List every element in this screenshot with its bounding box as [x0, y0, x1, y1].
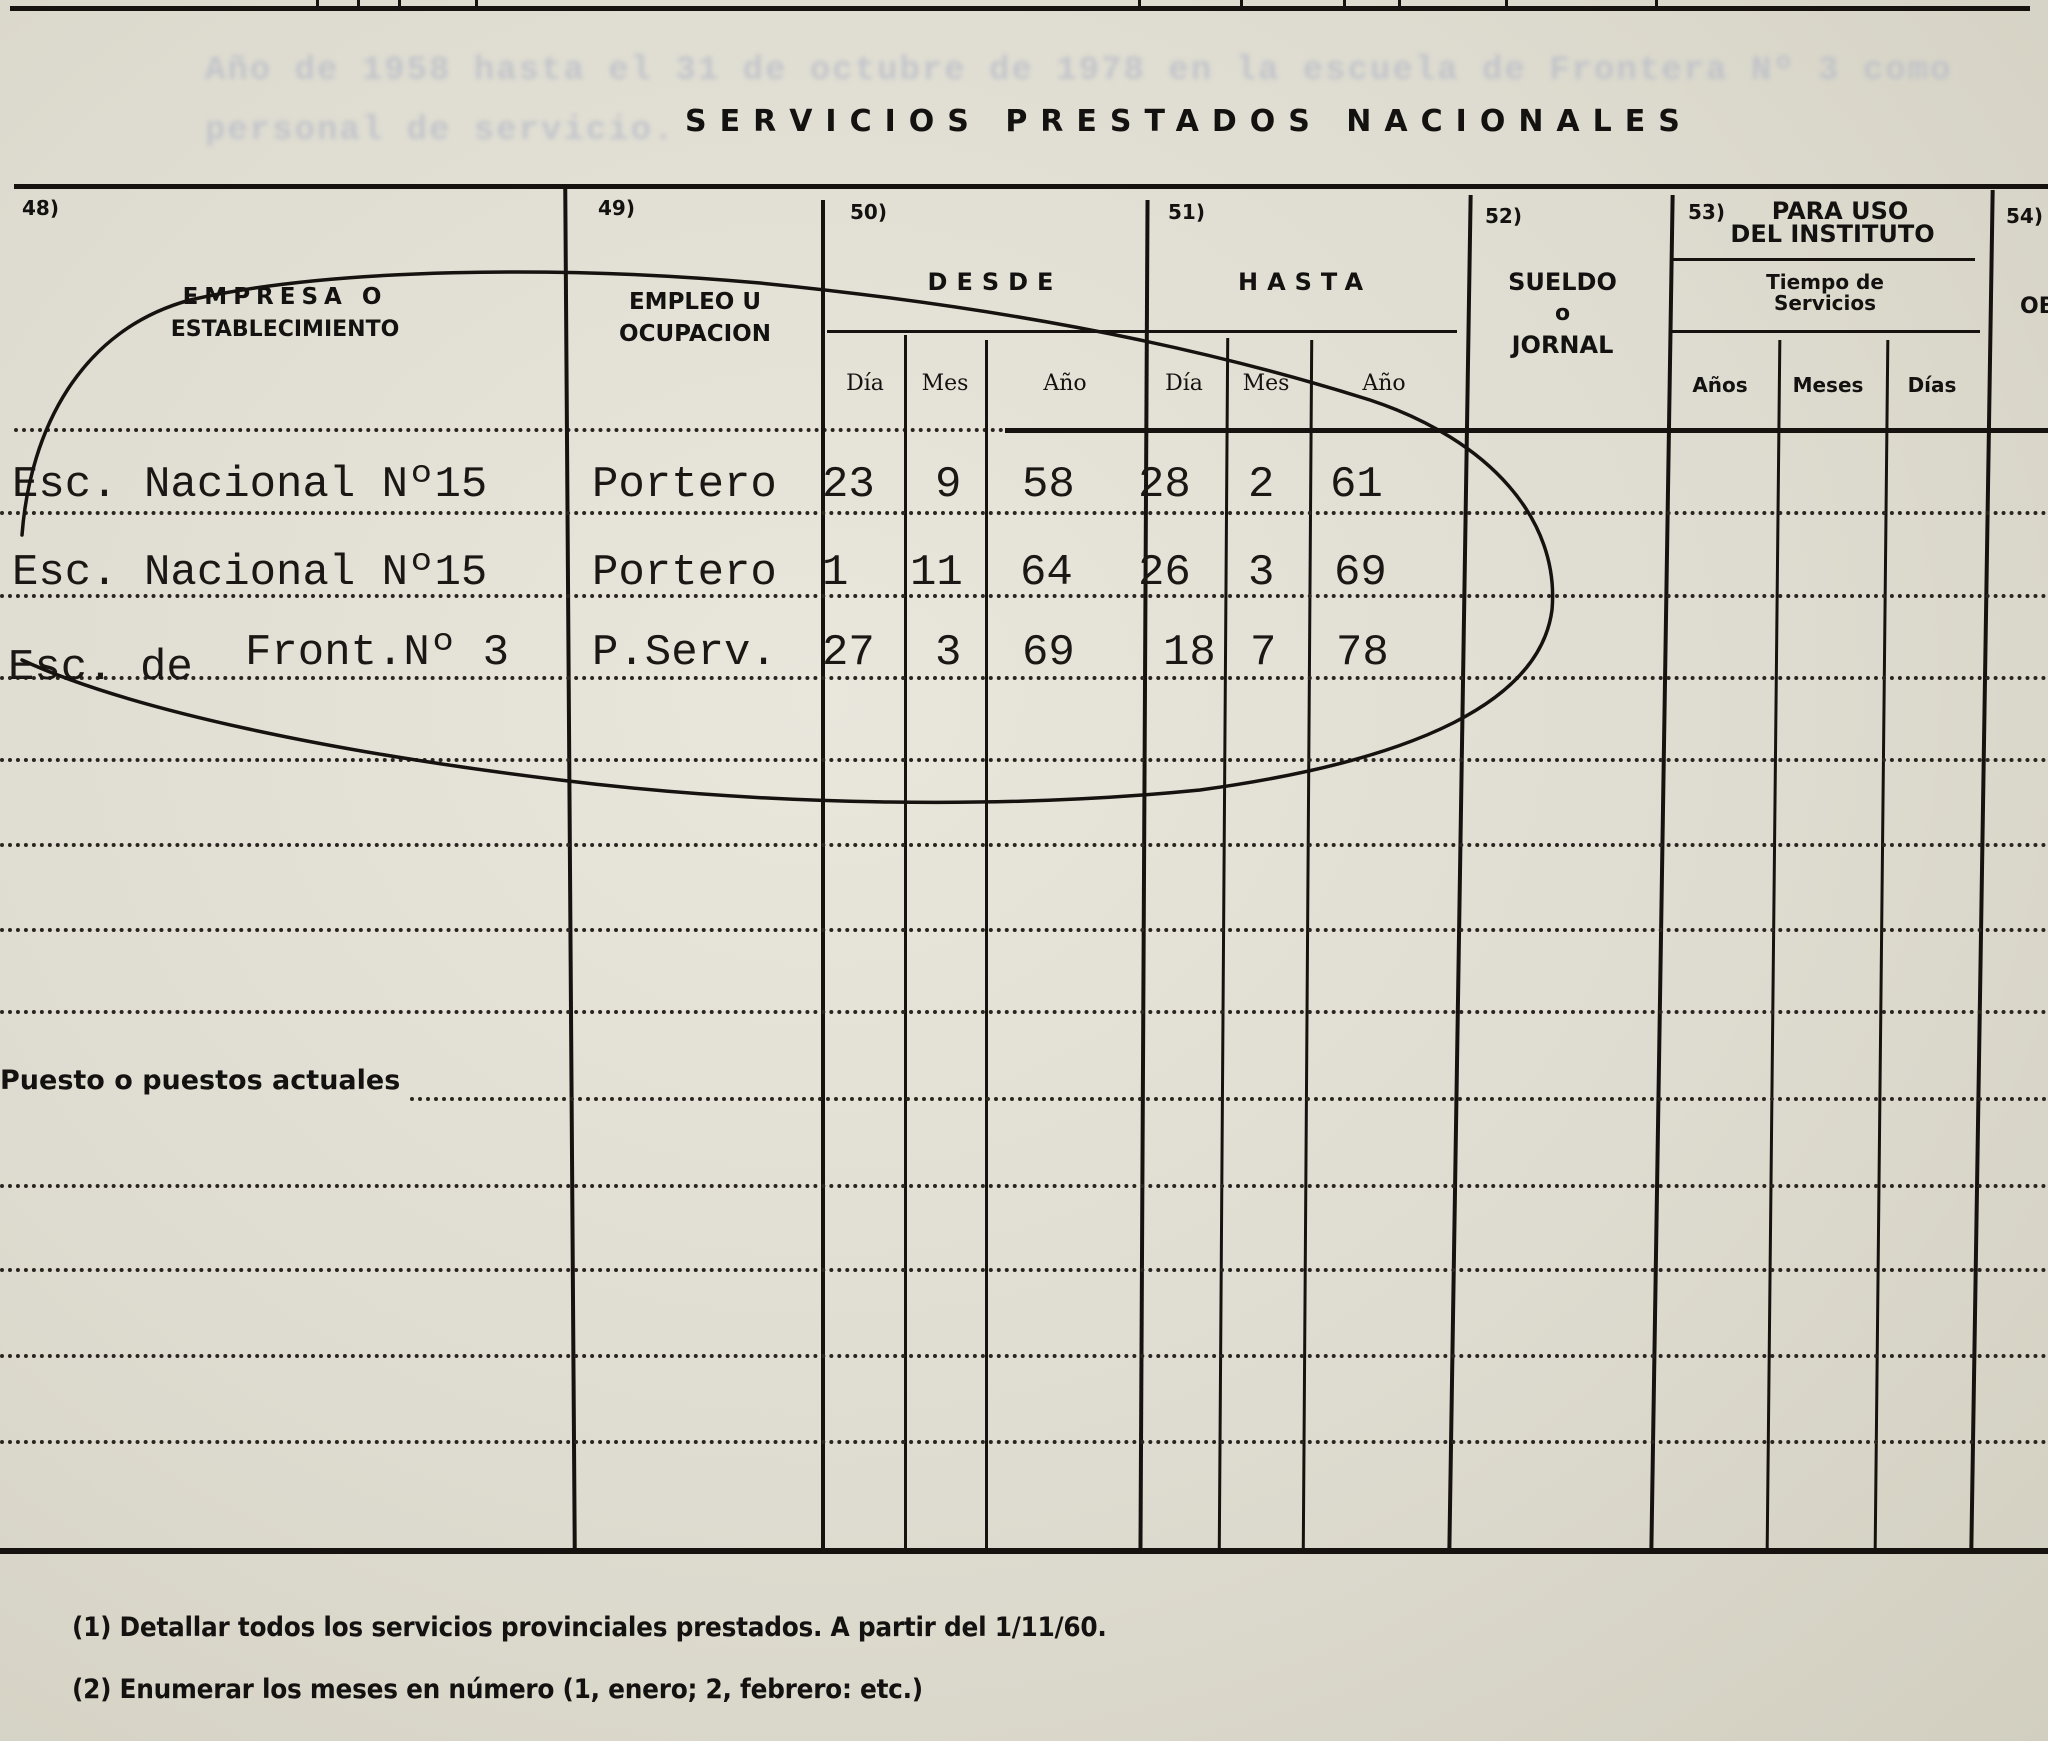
current-positions-label: Puesto o puestos actuales	[0, 1067, 400, 1095]
footnote-1: (1) Detallar todos los servicios provinc…	[72, 1612, 1107, 1643]
footnote-2: (2) Enumerar los meses en número (1, ene…	[72, 1674, 923, 1705]
hand-drawn-circle-annotation	[0, 0, 2048, 1741]
